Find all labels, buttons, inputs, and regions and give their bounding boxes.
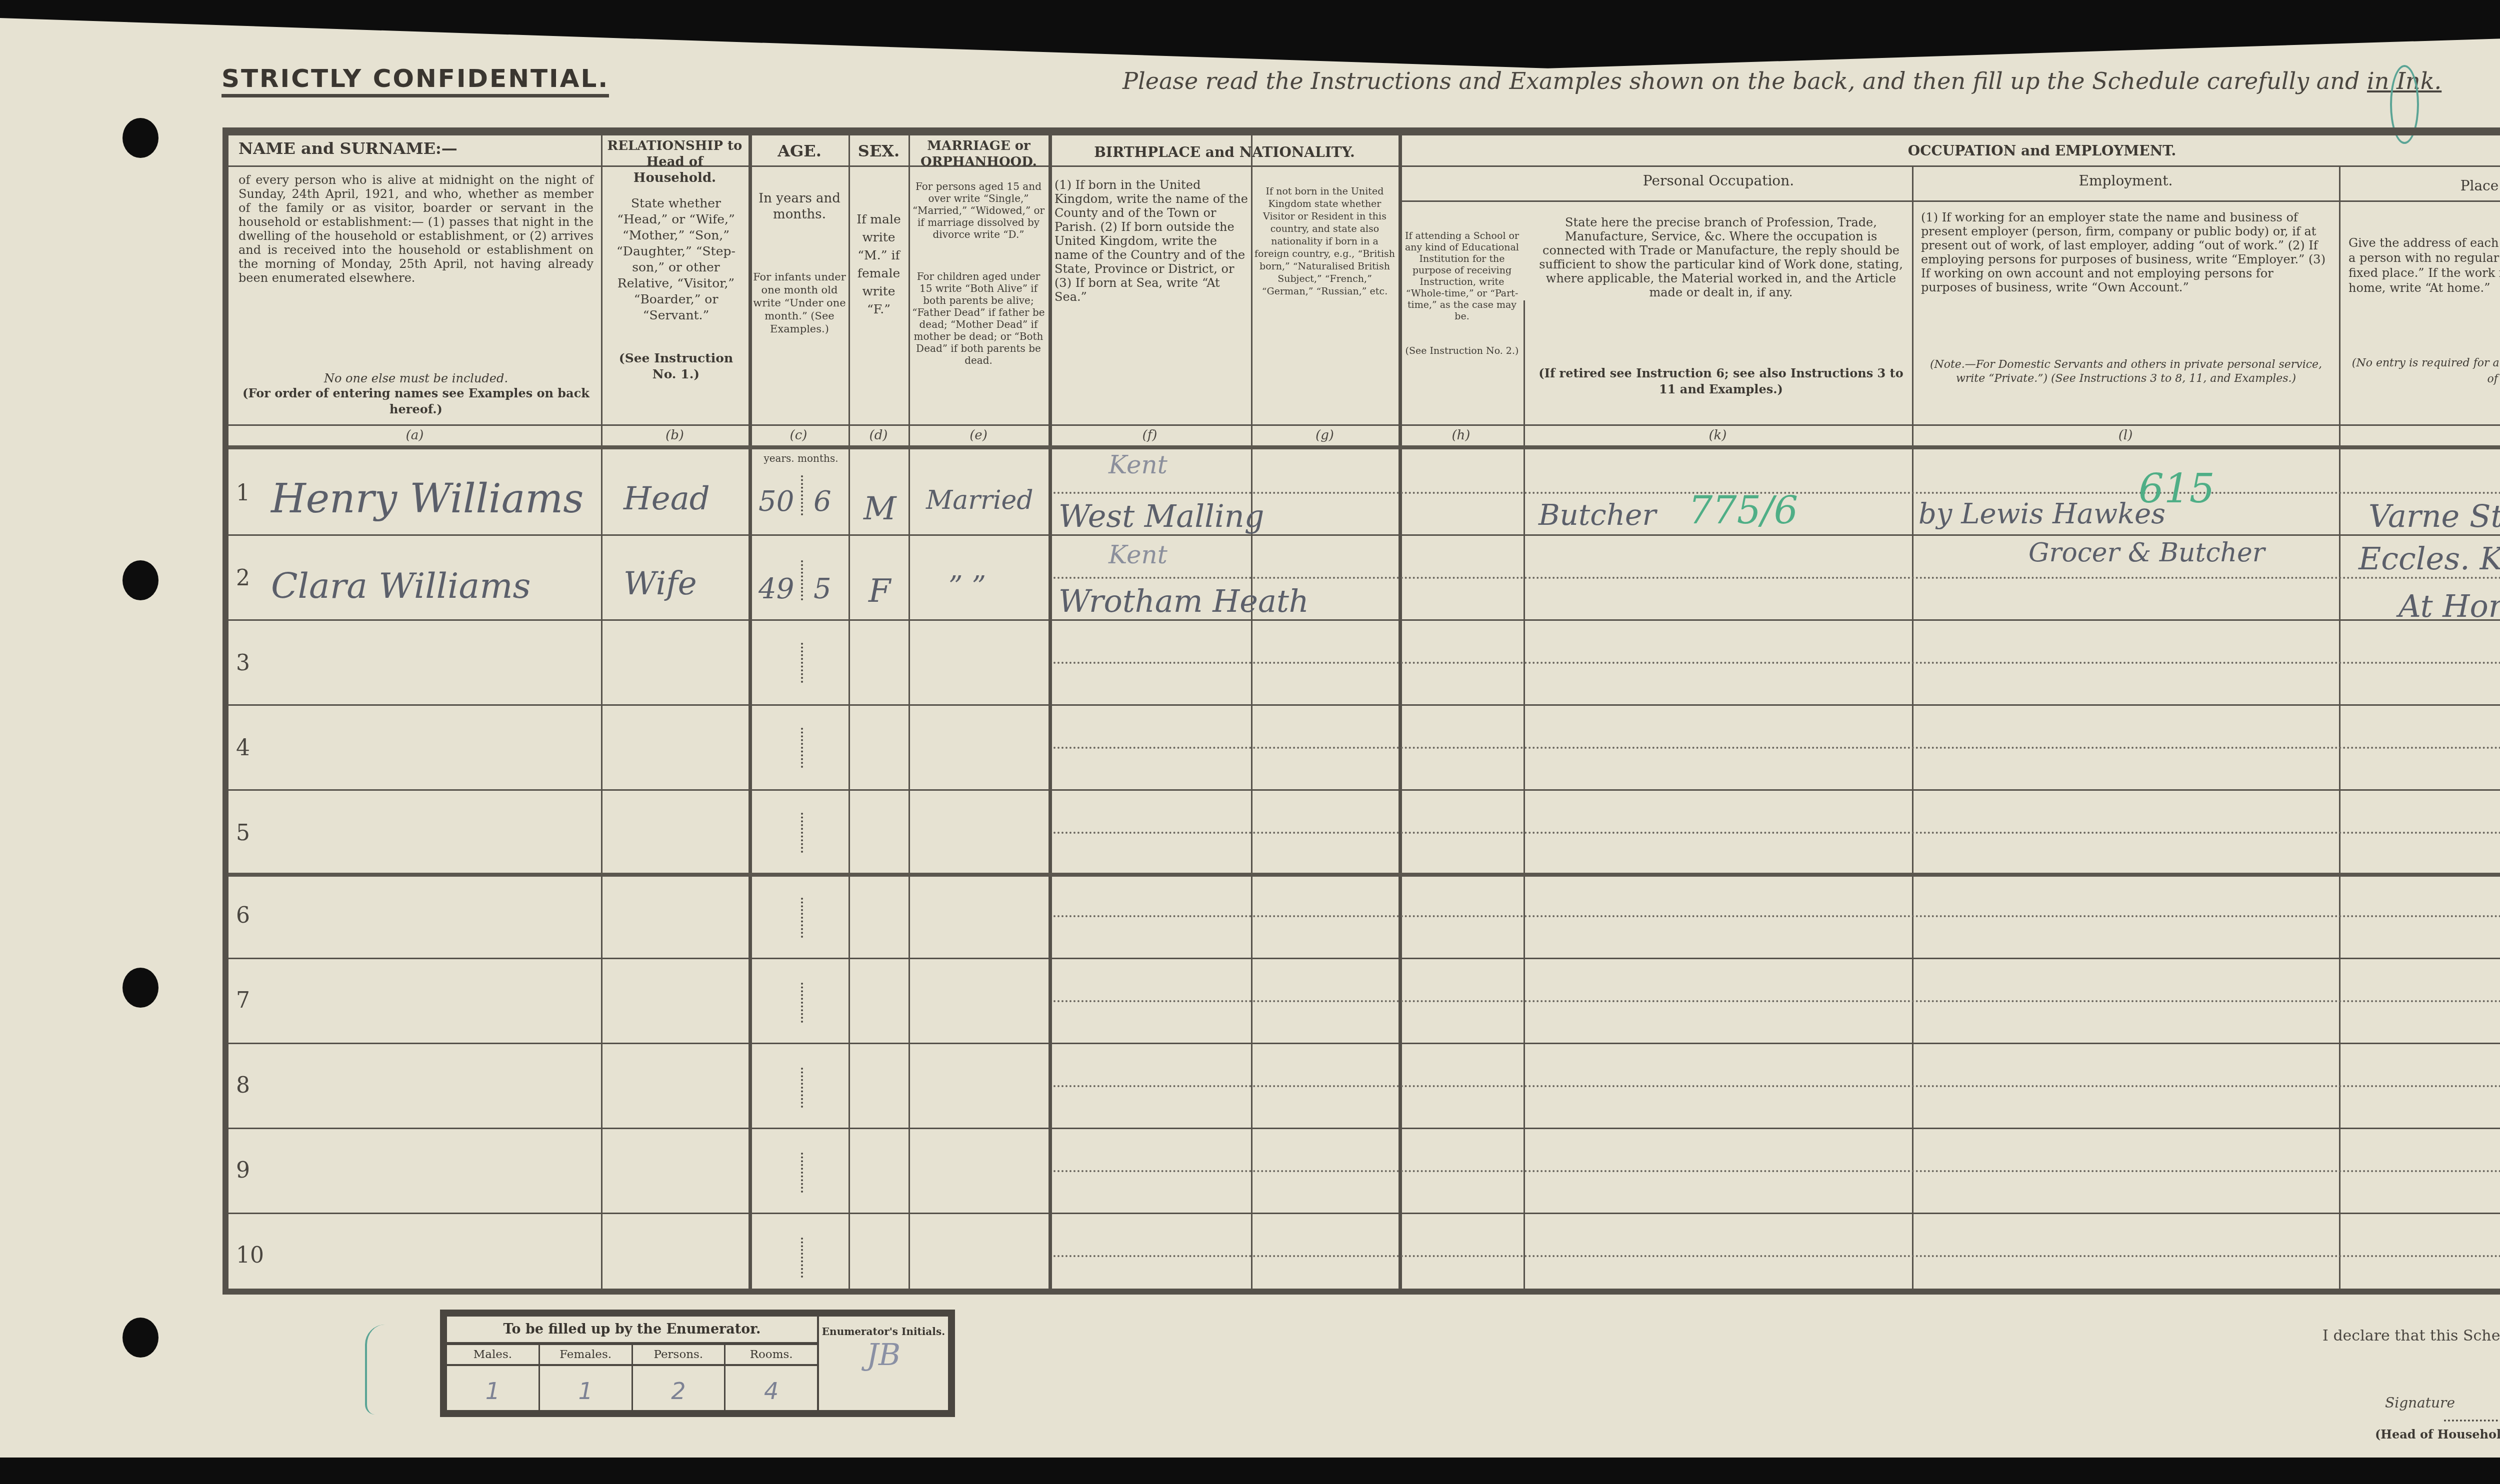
col-divider	[908, 135, 910, 1289]
row2-sex[interactable]: F	[868, 573, 890, 610]
row1-county[interactable]: Kent	[1108, 450, 1167, 479]
row1-marriage[interactable]: Married	[926, 485, 1033, 515]
row2-age-months[interactable]: 5	[813, 573, 831, 605]
row1-sex[interactable]: M	[863, 490, 896, 527]
rooms-count[interactable]: 4	[725, 1366, 817, 1416]
col-divider	[601, 135, 602, 1289]
signature-note: (Head of Household, Manager of Establish…	[2375, 1427, 2500, 1442]
col-divider	[1048, 135, 1052, 1289]
enumerator-initials[interactable]: JB	[819, 1338, 948, 1373]
enumerator-totals-box: To be filled up by the Enumerator. Males…	[440, 1310, 955, 1417]
green-bracket-mark	[365, 1325, 387, 1415]
row2-county[interactable]: Kent	[1108, 540, 1167, 569]
persons-count[interactable]: 2	[633, 1366, 724, 1416]
row1-employment-code: 615	[2138, 465, 2215, 512]
col-divider	[748, 135, 752, 1289]
col-divider	[2339, 165, 2340, 1289]
row1-age-years[interactable]: 50	[758, 485, 794, 518]
row2-relationship[interactable]: Wife	[623, 565, 697, 602]
col-divider	[1912, 165, 1913, 1289]
row1-occupation[interactable]: Butcher	[1538, 498, 1656, 532]
row1-place-line2[interactable]: Eccles. Kent	[2358, 540, 2500, 577]
signature-label: Signature	[2385, 1395, 2455, 1411]
declaration-text: I declare that this Schedule is correctl…	[2322, 1327, 2500, 1345]
signature-line	[2444, 1420, 2500, 1422]
row2-age-years[interactable]: 49	[758, 573, 794, 605]
fill-instruction: Please read the Instructions and Example…	[1122, 67, 2441, 94]
row1-age-months[interactable]: 6	[813, 485, 831, 518]
punch-hole	[122, 968, 158, 1008]
row1-town[interactable]: West Malling	[1058, 498, 1264, 534]
females-count[interactable]: 1	[540, 1366, 631, 1416]
punch-hole	[122, 1318, 158, 1358]
row1-employment-line2[interactable]: Grocer & Butcher	[2028, 538, 2265, 568]
row2-marriage[interactable]: ” ”	[948, 570, 986, 603]
page-title: STRICTLY CONFIDENTIAL.	[221, 64, 609, 97]
row1-place[interactable]: Varne Street	[2368, 498, 2500, 534]
males-count[interactable]: 1	[447, 1366, 538, 1416]
row2-name[interactable]: Clara Williams	[271, 565, 530, 606]
col-divider	[1251, 135, 1252, 1289]
row1-name[interactable]: Henry Williams	[271, 475, 583, 522]
row1-relationship[interactable]: Head	[623, 480, 710, 517]
household-table: NAME and SURNAME:— of every person who i…	[222, 127, 2500, 1295]
row1-occupation-code: 775/6	[1688, 488, 1798, 532]
col-divider	[1398, 135, 1402, 1289]
punch-hole	[122, 118, 158, 158]
punch-hole	[122, 560, 158, 600]
row2-place[interactable]: At Home	[2398, 588, 2500, 624]
row1-employment[interactable]: by Lewis Hawkes	[1918, 498, 2165, 530]
row2-town[interactable]: Wrotham Heath	[1058, 583, 1309, 619]
